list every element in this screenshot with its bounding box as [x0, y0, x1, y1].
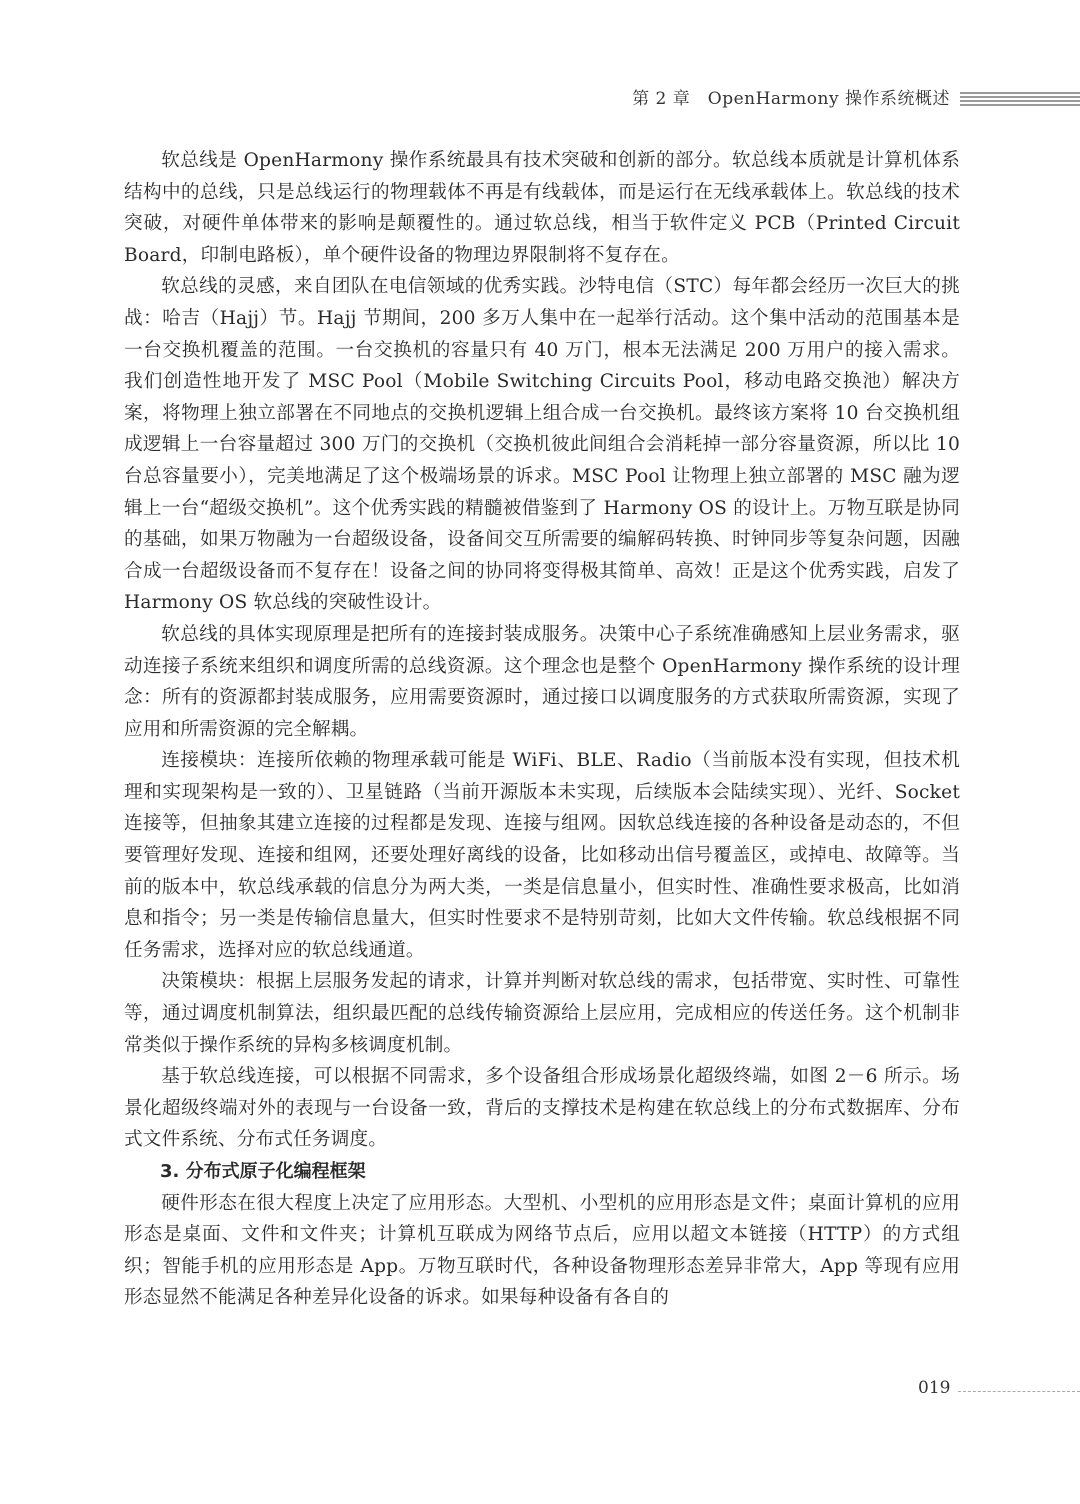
section-heading: 3. 分布式原子化编程框架 [124, 1156, 960, 1188]
rule-line [960, 100, 1080, 102]
paragraph-softbus-intro: 软总线是 OpenHarmony 操作系统最具有技术突破和创新的部分。软总线本质… [124, 145, 960, 271]
page-footer: 019 [0, 1378, 1080, 1408]
paragraph-connection-module: 连接模块：连接所依赖的物理承载可能是 WiFi、BLE、Radio（当前版本没有… [124, 745, 960, 966]
paragraph-softbus-inspiration: 软总线的灵感，来自团队在电信领域的优秀实践。沙特电信（STC）每年都会经历一次巨… [124, 271, 960, 619]
paragraph-decision-module: 决策模块：根据上层服务发起的请求，计算并判断对软总线的需求，包括带宽、实时性、可… [124, 966, 960, 1061]
footer-dashed-line [958, 1391, 1080, 1392]
paragraph-softbus-principle: 软总线的具体实现原理是把所有的连接封装成服务。决策中心子系统准确感知上层业务需求… [124, 619, 960, 745]
page-body: 软总线是 OpenHarmony 操作系统最具有技术突破和创新的部分。软总线本质… [124, 145, 960, 1314]
rule-line [960, 104, 1080, 106]
rule-line [960, 92, 1080, 94]
rule-line [960, 96, 1080, 98]
paragraph-super-terminal: 基于软总线连接，可以根据不同需求，多个设备组合形成场景化超级终端，如图 2－6 … [124, 1061, 960, 1156]
page-number: 019 [918, 1378, 950, 1398]
chapter-title: 第 2 章 OpenHarmony 操作系统概述 [632, 84, 950, 109]
header-decorative-rules [960, 92, 1080, 108]
paragraph-app-forms: 硬件形态在很大程度上决定了应用形态。大型机、小型机的应用形态是文件；桌面计算机的… [124, 1188, 960, 1314]
running-header: 第 2 章 OpenHarmony 操作系统概述 [0, 84, 1080, 114]
